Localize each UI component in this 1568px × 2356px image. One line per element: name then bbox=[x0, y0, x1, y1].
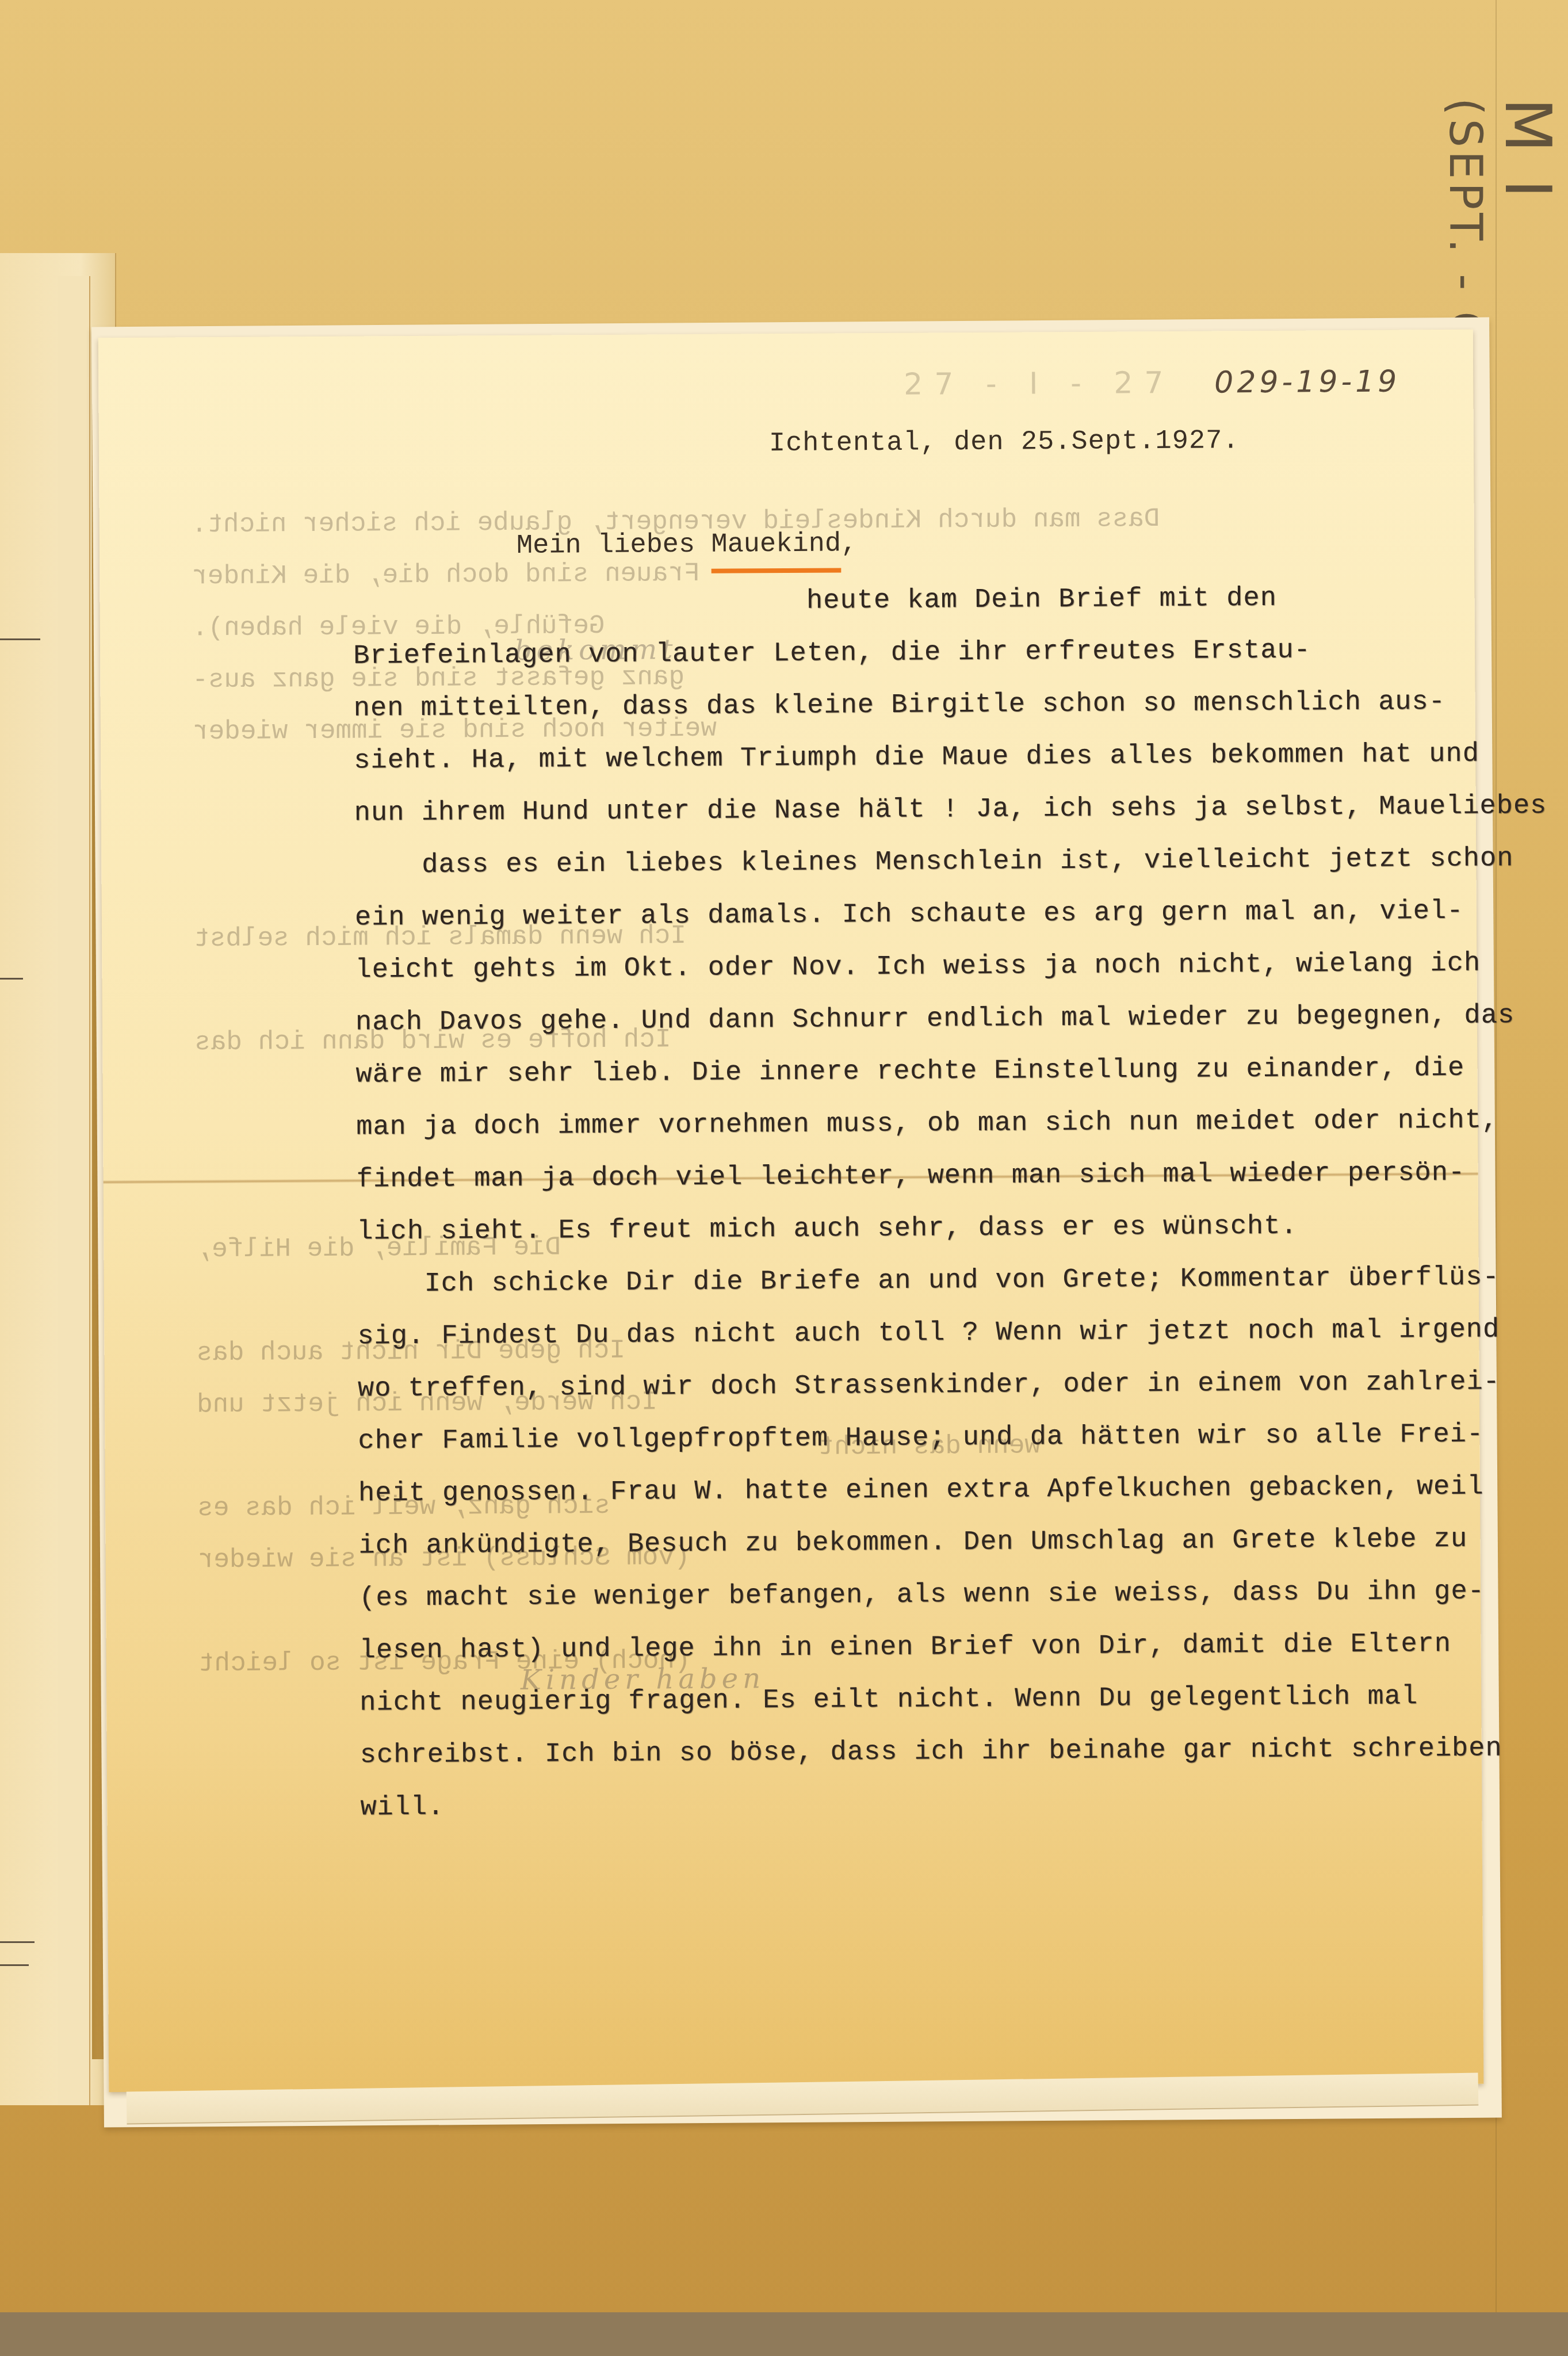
body-line: ein wenig weiter als damals. Ich schaute… bbox=[355, 885, 1563, 944]
body-line: nen mitteilten, dass das kleine Birgitle… bbox=[353, 675, 1562, 735]
handwriting-fragment bbox=[0, 1941, 35, 1943]
body-line: leicht gehts im Okt. oder Nov. Ich weiss… bbox=[355, 937, 1563, 997]
body-line: wäre mir sehr lieb. Die innere rechte Ei… bbox=[355, 1042, 1564, 1101]
body-line: sieht. Ha, mit welchem Triumph die Maue … bbox=[354, 728, 1562, 787]
body-line: nach Davos gehe. Und dann Schnurr endlic… bbox=[355, 989, 1564, 1049]
body-line: nicht neugierig fragen. Es eilt nicht. W… bbox=[360, 1670, 1568, 1730]
body-line: (es macht sie weniger befangen, als wenn… bbox=[359, 1565, 1567, 1625]
body-line: nun ihrem Hund unter die Nase hält ! Ja,… bbox=[354, 780, 1562, 840]
salutation-prefix: Mein liebes bbox=[517, 530, 712, 561]
handwriting-fragment bbox=[0, 1964, 29, 1966]
body-line: wo treffen, sind wir doch Strassenkinder… bbox=[358, 1356, 1566, 1416]
archive-number: 029-19-19 bbox=[1214, 365, 1400, 400]
stack-sheet-edge bbox=[72, 276, 90, 2105]
body-line: sig. Findest Du das nicht auch toll ? We… bbox=[357, 1303, 1566, 1363]
body-line: Ich schicke Dir die Briefe an und von Gr… bbox=[357, 1251, 1565, 1311]
letter-dateline: Ichtental, den 25.Sept.1927. bbox=[769, 426, 1240, 459]
body-line: heit genossen. Frau W. hatte einen extra… bbox=[358, 1460, 1567, 1520]
letter-body: heute kam Dein Brief mit den Briefeinlag… bbox=[353, 571, 1568, 1834]
body-line: lesen hast) und lege ihn in einen Brief … bbox=[359, 1617, 1567, 1677]
body-line: cher Familie vollgepfropftem Hause; und … bbox=[358, 1408, 1566, 1468]
typewritten-letter: Dass man durch Kindesleid verengert, gla… bbox=[98, 330, 1484, 2093]
salutation-name: Mauekind bbox=[711, 529, 841, 560]
body-line: dass es ein liebes kleines Menschlein is… bbox=[354, 832, 1563, 892]
body-line: findet man ja doch viel leichter, wenn m… bbox=[356, 1146, 1565, 1206]
body-line: will. bbox=[360, 1774, 1568, 1834]
letter-salutation: Mein liebes Mauekind, bbox=[517, 529, 858, 561]
handwriting-fragment bbox=[0, 978, 23, 980]
faint-archive-number: 27 - I - 27 bbox=[904, 366, 1175, 402]
body-line: lich sieht. Es freut mich auch sehr, das… bbox=[357, 1199, 1565, 1259]
table-surface bbox=[0, 2312, 1568, 2356]
body-line: Briefeinlagen von lauter Leten, die ihr … bbox=[353, 623, 1562, 683]
body-line: ich ankündigte, Besuch zu bekommen. Den … bbox=[358, 1513, 1567, 1573]
body-line: man ja doch immer vornehmen muss, ob man… bbox=[356, 1094, 1565, 1154]
body-line: heute kam Dein Brief mit den bbox=[353, 571, 1561, 630]
salutation-suffix: , bbox=[841, 529, 858, 559]
body-line: schreibst. Ich bin so böse, dass ich ihr… bbox=[360, 1722, 1568, 1782]
handwriting-fragment bbox=[0, 638, 40, 640]
